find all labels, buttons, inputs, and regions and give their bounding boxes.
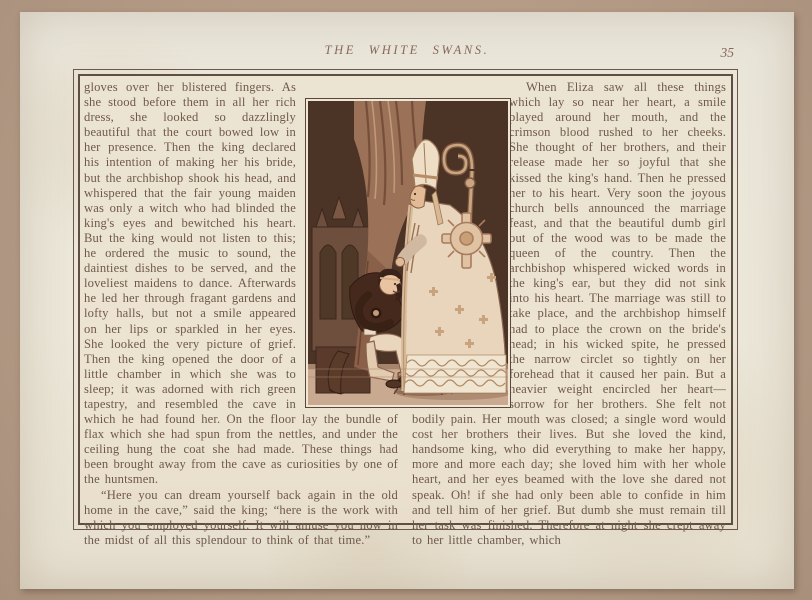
page-number: 35 (721, 45, 735, 61)
scanned-book-page: { "page": { "running_head": "THE WHITE S… (0, 0, 812, 600)
paragraph: “Here you can dream yourself back again … (84, 488, 398, 548)
running-head-title: THE WHITE SWANS. (20, 43, 794, 58)
book-illustration-archbishop-and-king (305, 98, 511, 408)
illustration-engraving (308, 101, 508, 405)
book-page-sheet: THE WHITE SWANS. 35 gloves over her blis… (20, 12, 794, 589)
